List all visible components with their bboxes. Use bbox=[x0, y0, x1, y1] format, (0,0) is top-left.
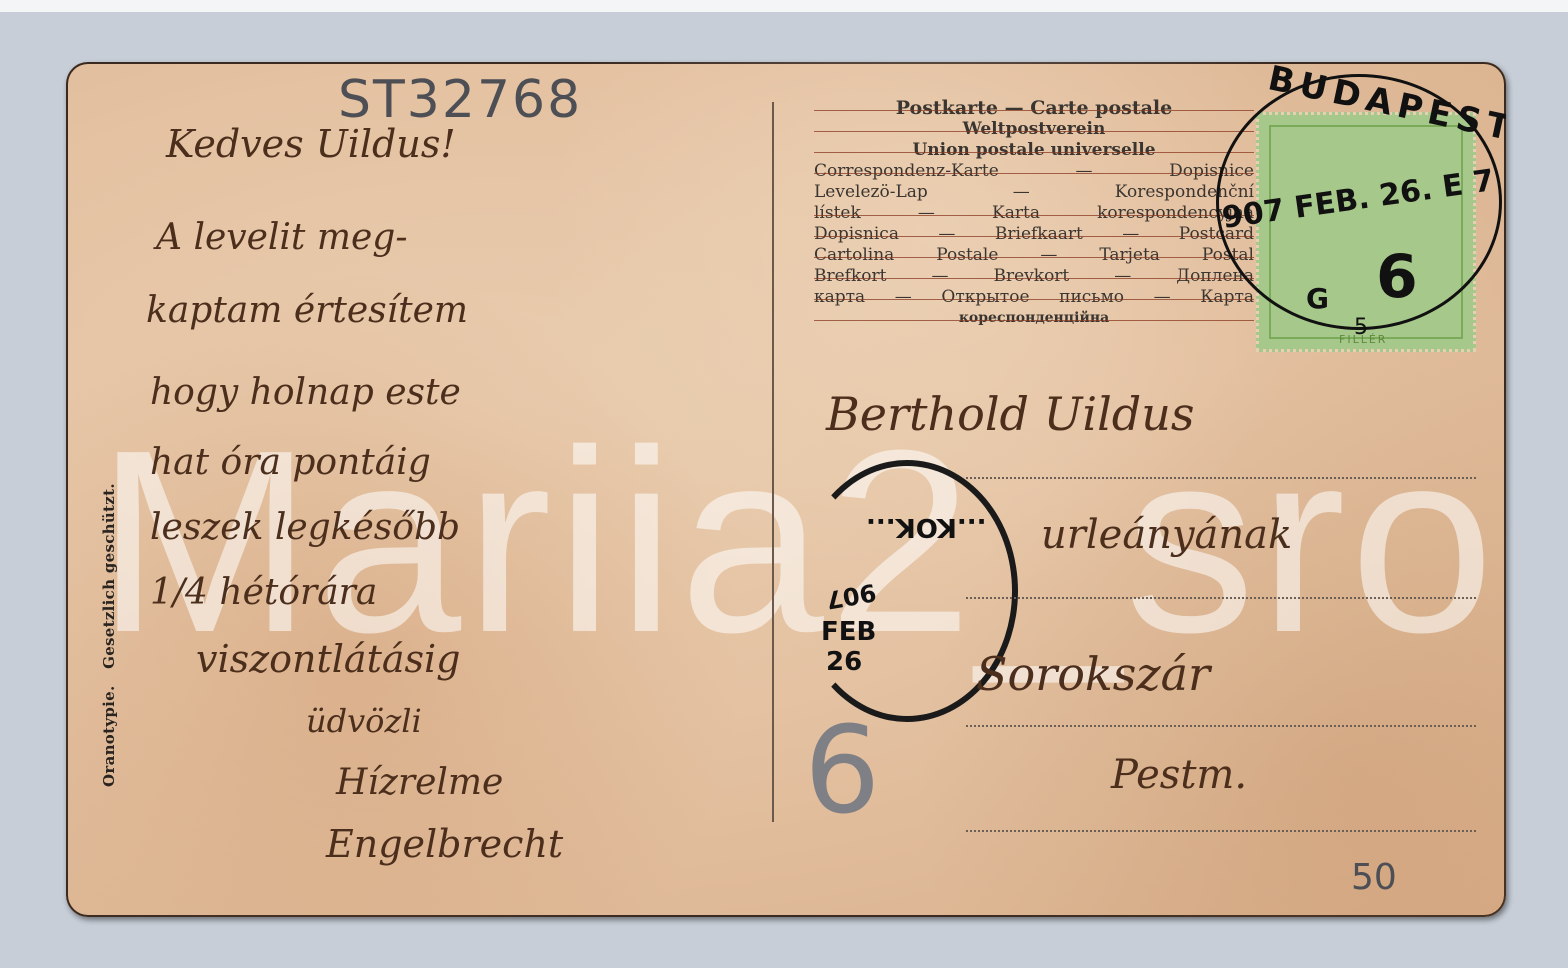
header-line: Brefkort — Brevkort — Доплена bbox=[814, 266, 1254, 287]
background-strip bbox=[0, 0, 1568, 12]
message-signature: Hízrelme bbox=[336, 762, 503, 803]
header-line: Correspondenz-Karte — Dopisnice bbox=[814, 161, 1254, 182]
header-line: Union postale universelle bbox=[814, 140, 1254, 161]
header-line: кореспонденційна bbox=[814, 308, 1254, 329]
address-rule bbox=[966, 725, 1476, 727]
address-rule bbox=[966, 477, 1476, 479]
address-rule bbox=[966, 830, 1476, 832]
header-line: Cartolina Postale — Tarjeta Postal bbox=[814, 245, 1254, 266]
publisher-imprint: Oranotypie. Gesetzlich geschützt. bbox=[100, 483, 118, 787]
address-line: Pestm. bbox=[1111, 752, 1247, 798]
message-line: hat óra pontáig bbox=[150, 442, 431, 483]
postmark-code: 6 bbox=[1376, 242, 1418, 312]
message-line: kaptam értesítem bbox=[146, 290, 468, 331]
address-line: Berthold Uildus bbox=[826, 387, 1194, 441]
message-line: 1/4 hétórára bbox=[150, 572, 377, 613]
inventory-code: ST32768 bbox=[338, 70, 582, 130]
message-line: leszek legkésőbb bbox=[150, 507, 460, 548]
message-salutation: Kedves Uildus! bbox=[166, 122, 456, 166]
postcard: Mariia2_sro ST32768 Oranotypie. Gesetzli… bbox=[66, 62, 1506, 917]
header-line: Weltpostverein bbox=[814, 119, 1254, 140]
center-divider bbox=[772, 102, 774, 822]
pencil-number: 6 bbox=[804, 702, 880, 841]
arrival-city: ...KOK... bbox=[866, 512, 987, 542]
postmark-letter: G bbox=[1306, 282, 1329, 315]
arrival-day: 26 bbox=[826, 647, 862, 677]
address-line: urleányának bbox=[1041, 512, 1292, 558]
message-line: üdvözli bbox=[306, 702, 422, 740]
message-line: hogy holnap este bbox=[150, 372, 461, 413]
address-line: Sorokszár bbox=[976, 647, 1210, 701]
header-line: Dopisnica — Briefkaart — Postcard bbox=[814, 224, 1254, 245]
header-line: Levelezö-Lap — Korespondenční bbox=[814, 182, 1254, 203]
address-rule bbox=[966, 597, 1476, 599]
header-line: lístek — Karta korespondencyjna bbox=[814, 203, 1254, 224]
message-signature: Engelbrecht bbox=[326, 822, 563, 866]
header-line: карта — Открытое письмо — Карта bbox=[814, 287, 1254, 308]
message-line: viszontlátásig bbox=[196, 637, 460, 681]
pencil-corner-note: 50 bbox=[1351, 857, 1397, 898]
header-line: Postkarte — Carte postale bbox=[814, 98, 1254, 119]
arrival-month: FEB bbox=[821, 617, 876, 647]
message-line: A levelit meg- bbox=[156, 217, 408, 258]
printed-header: Postkarte — Carte postale Weltpostverein… bbox=[814, 98, 1254, 329]
stamp-denomination: FILLÉR bbox=[1339, 333, 1387, 346]
